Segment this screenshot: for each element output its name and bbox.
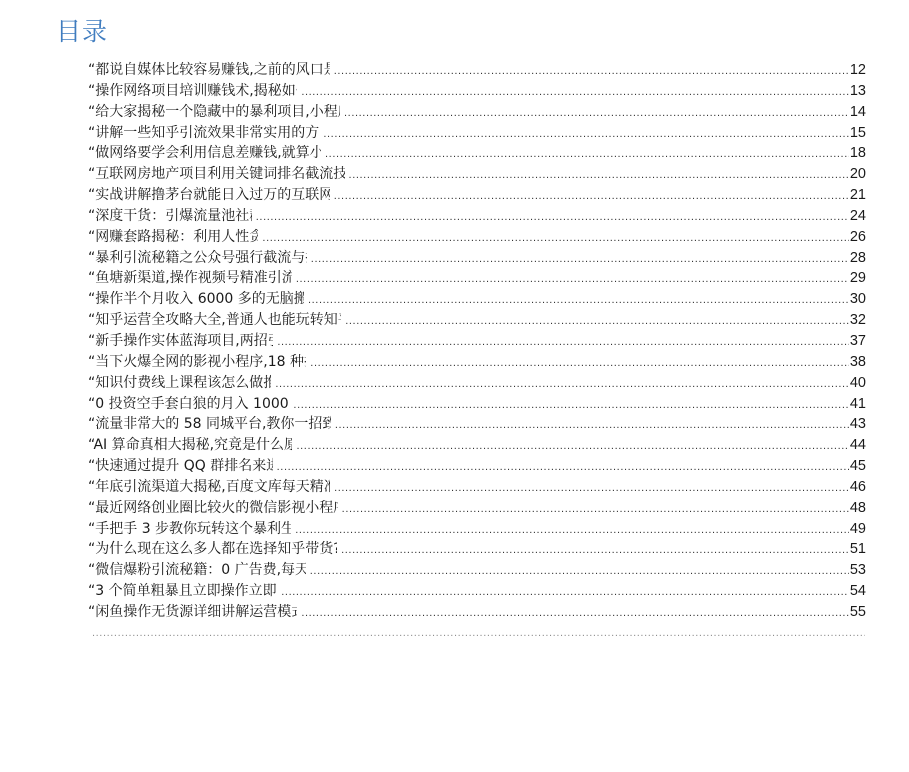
toc-entry[interactable]: “深度干货：引爆流量池社群运营套路解析” 24 [88, 206, 866, 227]
toc-entry-page-number: 37 [850, 331, 866, 352]
toc-entry-title: “新手操作实体蓝海项目,两招引流方法能月入过万” [88, 331, 273, 352]
toc-entry-title: “给大家揭秘一个隐藏中的暴利项目,小程序转发本地视频日入 300+全自动化” [88, 102, 340, 123]
toc-entry-title: “深度干货：引爆流量池社群运营套路解析” [88, 206, 252, 227]
toc-entry-page-number: 49 [850, 519, 866, 540]
toc-entry-title: “暴利引流秘籍之公众号强行截流与提升排名的优化技巧大揭秘” [88, 248, 307, 269]
toc-entry-page-number: 14 [850, 102, 866, 123]
toc-entry[interactable]: “手把手 3 步教你玩转这个暴利生意，线上线下收益翻倍” 49 [88, 519, 866, 540]
toc-entry[interactable]: “给大家揭秘一个隐藏中的暴利项目,小程序转发本地视频日入 300+全自动化” 1… [88, 102, 866, 123]
toc-entry-page-number: 29 [850, 268, 866, 289]
toc-entry-title: “AI 算命真相大揭秘,究竟是什么原理让它一直火到现在？” [88, 435, 292, 456]
toc-entry-title: “闲鱼操作无货源详细讲解运营模式,选品拿货从未如此轻松” [88, 602, 297, 623]
toc-entry-title: “网赚套路揭秘：利用人性贪婪来赚钱的案例” [88, 227, 258, 248]
toc-entry[interactable]: “实战讲解撸茅台就能日入过万的互联网创业项目,人人可操作的副业玩法” 21 [88, 185, 866, 206]
toc-dot-leader [323, 124, 849, 145]
toc-dot-leader [92, 623, 865, 644]
toc-entry-title: “快速通过提升 QQ 群排名来进行引流的核心技术” [88, 456, 273, 477]
toc-entry-title: “为什么现在这么多人都在选择知乎带货?最全操作攻略兼职月入 3W 没问题” [88, 539, 337, 560]
toc-entry-title: “操作半个月收入 6000 多的无脑搬运项目攻略大全,不看后悔” [88, 289, 304, 310]
toc-entry-title: “鱼塘新渠道,操作视频号精准引流日入 100+粉丝很轻松” [88, 268, 292, 289]
toc-dot-leader [256, 207, 849, 228]
toc-dot-leader [334, 186, 849, 207]
toc-entry-title: “知乎运营全攻略大全,普通人也能玩转知乎,也可以在知乎上赚一笔不菲的收益” [88, 310, 341, 331]
toc-dot-leader [262, 228, 848, 249]
toc-entry-page-number: 28 [850, 248, 866, 269]
toc-entry-page-number: 18 [850, 143, 866, 164]
toc-entry-page-number: 53 [850, 560, 866, 581]
toc-dot-leader [325, 144, 849, 165]
toc-entry[interactable]: “知乎运营全攻略大全,普通人也能玩转知乎,也可以在知乎上赚一笔不菲的收益” 32 [88, 310, 866, 331]
toc-entry-title: “知识付费线上课程该怎么做推广？引流方法曝光” [88, 373, 271, 394]
toc-entry[interactable]: “新手操作实体蓝海项目,两招引流方法能月入过万” 37 [88, 331, 866, 352]
toc-entry-page-number: 48 [850, 498, 866, 519]
toc-entry-title: “年底引流渠道大揭秘,百度文库每天精准被动加粉 100+让客户源源不断” [88, 477, 330, 498]
toc-entry-page-number: 55 [850, 602, 866, 623]
toc-dot-leader [310, 353, 849, 374]
toc-entry[interactable]: “互联网房地产项目利用关键词排名截流技术,适合所有人傻瓜式运营！收益可观” 20 [88, 164, 866, 185]
toc-entry-page-number: 43 [850, 414, 866, 435]
toc-entry[interactable]: “年底引流渠道大揭秘,百度文库每天精准被动加粉 100+让客户源源不断” 46 [88, 477, 866, 498]
toc-entry-title: “做网络要学会利用信息差赚钱,就算小白也能月入过万,非常简单迅速” [88, 143, 321, 164]
toc-entry-clipped[interactable] [88, 623, 866, 644]
toc-entry-page-number: 12 [850, 60, 866, 81]
toc-dot-leader [277, 457, 849, 478]
toc-dot-leader [335, 415, 849, 436]
toc-entry-title: “手把手 3 步教你玩转这个暴利生意，线上线下收益翻倍” [88, 519, 291, 540]
toc-entry[interactable]: “操作半个月收入 6000 多的无脑搬运项目攻略大全,不看后悔” 30 [88, 289, 866, 310]
toc-title: 目录 [56, 12, 108, 48]
toc-dot-leader [310, 561, 849, 582]
toc-dot-leader [341, 540, 849, 561]
toc-entry[interactable]: “鱼塘新渠道,操作视频号精准引流日入 100+粉丝很轻松” 29 [88, 268, 866, 289]
toc-entry[interactable]: “当下火爆全网的影视小程序,18 种推广技巧然你轻松月入万元” 38 [88, 352, 866, 373]
toc-entry[interactable]: “0 投资空手套白狼的月入 10000+++躺赚项目大揭秘” 41 [88, 394, 866, 415]
toc-dot-leader [296, 436, 848, 457]
toc-dot-leader [342, 499, 849, 520]
toc-entry[interactable]: “微信爆粉引流秘籍：0 广告费,每天至少被动加 100 个精准粉” 53 [88, 560, 866, 581]
toc-entry-title: “当下火爆全网的影视小程序,18 种推广技巧然你轻松月入万元” [88, 352, 306, 373]
toc-entry-page-number: 40 [850, 373, 866, 394]
toc-entry[interactable]: “知识付费线上课程该怎么做推广？引流方法曝光” 40 [88, 373, 866, 394]
toc-entry[interactable]: “讲解一些知乎引流效果非常实用的方法,只要操作就能引爆精准流量” 15 [88, 123, 866, 144]
toc-dot-leader [301, 603, 849, 624]
toc-dot-leader [349, 165, 849, 186]
toc-entry-title: “互联网房地产项目利用关键词排名截流技术,适合所有人傻瓜式运营！收益可观” [88, 164, 345, 185]
document-page: 目录 “都说自媒体比较容易赚钱,之前的风口是否还存在？具体应该如何操作？” 12… [0, 0, 909, 772]
toc-entry-page-number: 44 [850, 435, 866, 456]
toc-entry-page-number: 51 [850, 539, 866, 560]
toc-entry[interactable]: “3 个简单粗暴且立即操作立即见效的精准引流玩法” 54 [88, 581, 866, 602]
toc-entry[interactable]: “都说自媒体比较容易赚钱,之前的风口是否还存在？具体应该如何操作？” 12 [88, 60, 866, 81]
toc-entry-title: “微信爆粉引流秘籍：0 广告费,每天至少被动加 100 个精准粉” [88, 560, 306, 581]
toc-entry-page-number: 13 [850, 81, 866, 102]
toc-dot-leader [277, 332, 849, 353]
toc-entry-page-number: 24 [850, 206, 866, 227]
toc-entry[interactable]: “流量非常大的 58 同城平台,教你一招致命引流技术,轻松翘起亿万流量池” 43 [88, 414, 866, 435]
toc-dot-leader [281, 582, 849, 603]
toc-entry-title: “实战讲解撸茅台就能日入过万的互联网创业项目,人人可操作的副业玩法” [88, 185, 330, 206]
toc-entry-title: “0 投资空手套白狼的月入 10000+++躺赚项目大揭秘” [88, 394, 289, 415]
toc-entry-page-number: 54 [850, 581, 866, 602]
toc-entry[interactable]: “为什么现在这么多人都在选择知乎带货?最全操作攻略兼职月入 3W 没问题” 51 [88, 539, 866, 560]
toc-dot-leader [334, 478, 849, 499]
toc-entry[interactable]: “闲鱼操作无货源详细讲解运营模式,选品拿货从未如此轻松” 55 [88, 602, 866, 623]
toc-entry-page-number: 46 [850, 477, 866, 498]
toc-entry-title: “3 个简单粗暴且立即操作立即见效的精准引流玩法” [88, 581, 277, 602]
toc-entry[interactable]: “网赚套路揭秘：利用人性贪婪来赚钱的案例” 26 [88, 227, 866, 248]
toc-entry-page-number: 38 [850, 352, 866, 373]
toc-entry-page-number: 21 [850, 185, 866, 206]
toc-entry-page-number: 20 [850, 164, 866, 185]
toc-entry-page-number: 45 [850, 456, 866, 477]
toc-entry-page-number: 41 [850, 394, 866, 415]
toc-entry-title: “最近网络创业圈比较火的微信影视小程序日入 300++你觉得这事靠谱吗？” [88, 498, 338, 519]
toc-entry[interactable]: “最近网络创业圈比较火的微信影视小程序日入 300++你觉得这事靠谱吗？” 48 [88, 498, 866, 519]
toc-dot-leader [293, 395, 848, 416]
toc-entry[interactable]: “快速通过提升 QQ 群排名来进行引流的核心技术” 45 [88, 456, 866, 477]
toc-entry[interactable]: “暴利引流秘籍之公众号强行截流与提升排名的优化技巧大揭秘” 28 [88, 248, 866, 269]
toc-dot-leader [301, 82, 849, 103]
toc-entry[interactable]: “操作网络项目培训赚钱术,揭秘如何做课程月入万元的生意” 13 [88, 81, 866, 102]
toc-dot-leader [295, 520, 849, 541]
toc-entry[interactable]: “做网络要学会利用信息差赚钱,就算小白也能月入过万,非常简单迅速” 18 [88, 143, 866, 164]
toc-entry-title: “都说自媒体比较容易赚钱,之前的风口是否还存在？具体应该如何操作？” [88, 60, 330, 81]
toc-dot-leader [344, 103, 849, 124]
toc-dot-leader [311, 249, 849, 270]
toc-entry-title: “流量非常大的 58 同城平台,教你一招致命引流技术,轻松翘起亿万流量池” [88, 414, 331, 435]
toc-entry-page-number: 30 [850, 289, 866, 310]
toc-entry-title: “讲解一些知乎引流效果非常实用的方法,只要操作就能引爆精准流量” [88, 123, 319, 144]
toc-entry[interactable]: “AI 算命真相大揭秘,究竟是什么原理让它一直火到现在？” 44 [88, 435, 866, 456]
toc-entry-page-number: 15 [850, 123, 866, 144]
toc-dot-leader [275, 374, 849, 395]
toc-dot-leader [334, 61, 849, 82]
toc-dot-leader [296, 269, 849, 290]
toc-list: “都说自媒体比较容易赚钱,之前的风口是否还存在？具体应该如何操作？” 12 “操… [88, 60, 866, 644]
toc-entry-title: “操作网络项目培训赚钱术,揭秘如何做课程月入万元的生意” [88, 81, 297, 102]
toc-dot-leader [308, 290, 849, 311]
toc-entry-page-number: 26 [850, 227, 866, 248]
toc-dot-leader [345, 311, 849, 332]
toc-entry-page-number: 32 [850, 310, 866, 331]
